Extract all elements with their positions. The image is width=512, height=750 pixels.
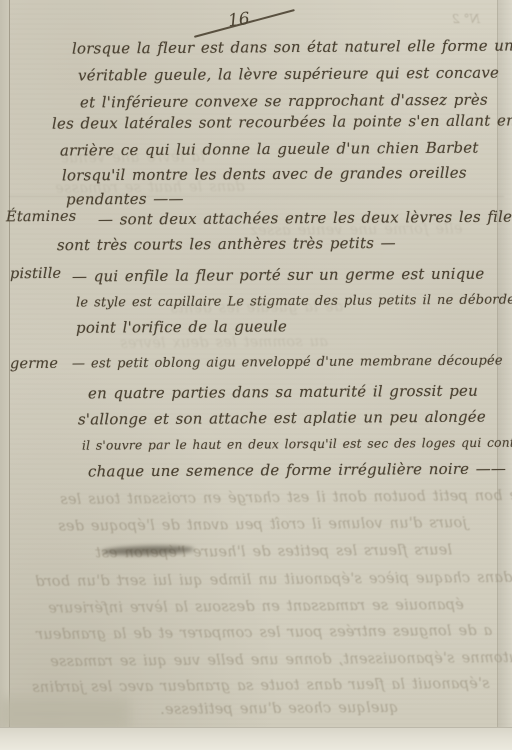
manuscript-line: lorsqu'il montre les dents avec de grand… (62, 164, 467, 185)
manuscript-line: lorsque la fleur est dans son état natur… (72, 36, 512, 57)
manuscript-line: — est petit oblong aigu enveloppé d'une … (72, 353, 503, 371)
corner-number-show-through: N° 2 (452, 12, 480, 26)
show-through-line: épanouie se ramassant en dessous la lèvr… (48, 597, 464, 617)
manuscript-line: arrière ce qui lui donne la gueule d'un … (60, 139, 479, 160)
paper-left-edge (0, 0, 10, 750)
manuscript-line: en quatre parties dans sa maturité il gr… (88, 382, 478, 403)
margin-label-etamines: Étamines (6, 209, 77, 225)
show-through-line: Ce bon petit bouton dont il est chargé e… (60, 488, 512, 508)
paper-corner-stain (0, 698, 130, 730)
margin-label-pistille: pistille (10, 266, 61, 282)
manuscript-line: point l'orifice de la gueule (76, 317, 287, 336)
manuscript-line: et l'inférieure convexe se rapprochant d… (80, 91, 488, 112)
manuscript-line: s'allonge et son attache est aplatie un … (78, 408, 486, 429)
show-through-line: à l'automne s'épanouissent, donne une be… (50, 650, 512, 670)
show-through-line: dans chaque pièce s'épanouit un limbe qu… (35, 570, 512, 590)
page-mark: 16 (227, 9, 251, 31)
show-through-line: quelque chose d'une petitesse. (160, 700, 399, 718)
manuscript-line: — sont deux attachées entre les deux lèv… (98, 208, 512, 229)
manuscript-line: — qui enfile la fleur porté sur un germe… (72, 265, 485, 286)
show-through-line: jours d'un volume il croît peu avant de … (58, 515, 467, 535)
manuscript-line: pendantes —— (66, 190, 184, 209)
manuscript-line: véritable gueule, la lèvre supérieure qu… (78, 64, 499, 85)
show-through-line: au sommet les deux lèvres (120, 334, 328, 352)
paper-bottom-edge (0, 727, 512, 750)
manuscript-line: chaque une semence de forme irrégulière … (88, 460, 506, 481)
manuscript-page: la lèvre une venue dans le haut se ramas… (0, 0, 512, 750)
margin-label-germe: germe (10, 356, 58, 372)
manuscript-line: le style est capillaire Le stigmate des … (76, 292, 512, 310)
manuscript-line: les deux latérales sont recourbées la po… (52, 111, 512, 132)
manuscript-scan: la lèvre une venue dans le haut se ramas… (0, 0, 512, 750)
show-through-line: a de longues entrées pour les comparer e… (36, 623, 492, 643)
show-through-line: s'épanouit la fleur dans toute sa grande… (32, 676, 490, 696)
manuscript-line: sont très courts les anthères très petit… (57, 234, 396, 254)
manuscript-line: il s'ouvre par le haut en deux lorsqu'il… (82, 435, 512, 452)
